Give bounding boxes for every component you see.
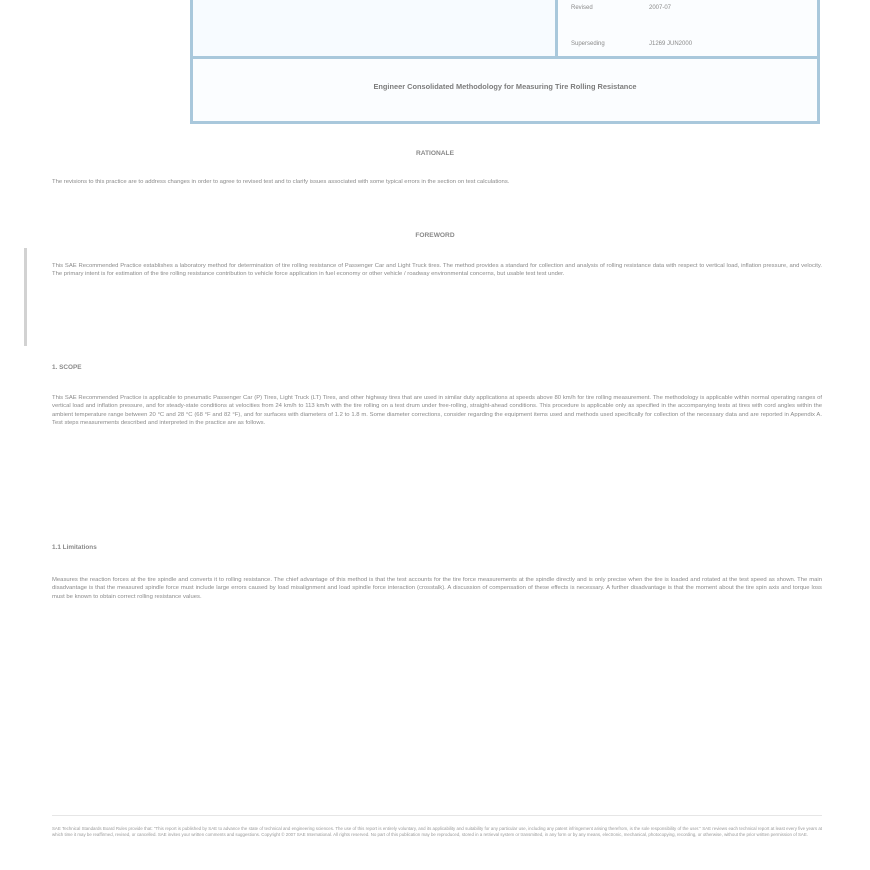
footer-divider <box>52 815 822 816</box>
legal-footer: SAE Technical Standards Board Rules prov… <box>52 826 822 838</box>
scope-heading: 1. SCOPE <box>52 364 81 371</box>
header-top-row: Revised2007-07 SupersedingJ1269 JUN2000 <box>193 0 817 59</box>
revision-change-bar <box>24 248 27 346</box>
document-title: Engineer Consolidated Methodology for Me… <box>193 82 817 91</box>
limitations-heading: 1.1 Limitations <box>52 544 97 551</box>
meta-value: J1269 JUN2000 <box>649 41 692 47</box>
header-logo-area <box>193 0 558 56</box>
meta-revised: Revised2007-07 <box>571 5 671 11</box>
meta-superseding: SupersedingJ1269 JUN2000 <box>571 41 692 47</box>
rationale-heading: RATIONALE <box>0 150 870 157</box>
limitations-text: Measures the reaction forces at the tire… <box>52 576 822 601</box>
meta-key: Superseding <box>571 41 649 47</box>
meta-key: Revised <box>571 5 649 11</box>
rationale-text: The revisions to this practice are to ad… <box>52 178 822 186</box>
scope-text: This SAE Recommended Practice is applica… <box>52 394 822 428</box>
document-header-box: Revised2007-07 SupersedingJ1269 JUN2000 … <box>190 0 820 124</box>
header-metadata: Revised2007-07 SupersedingJ1269 JUN2000 <box>561 0 817 56</box>
meta-value: 2007-07 <box>649 5 671 11</box>
foreword-text: This SAE Recommended Practice establishe… <box>52 262 822 279</box>
foreword-heading: FOREWORD <box>0 232 870 239</box>
